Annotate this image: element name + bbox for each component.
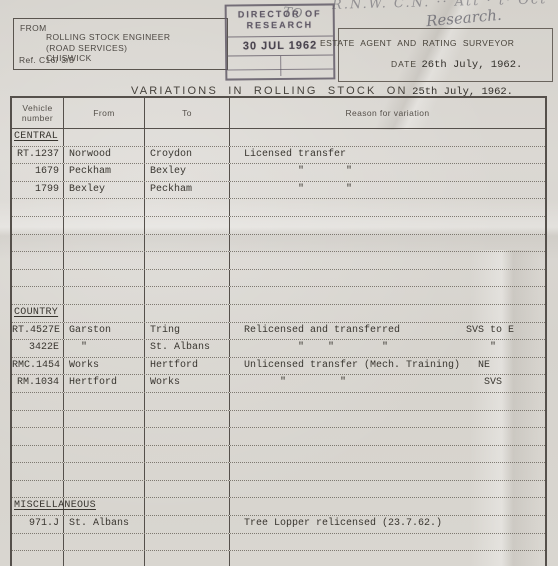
to-cell — [145, 446, 230, 463]
to-cell — [145, 516, 230, 533]
date-line: DATE 26th July, 1962. — [391, 54, 522, 72]
reason-cell — [230, 498, 545, 515]
from-cell — [64, 463, 145, 480]
section-label: CENTRAL — [14, 131, 58, 142]
from-line-2: (ROAD SERVICES) — [46, 43, 170, 54]
from-cell: Peckham — [64, 164, 145, 181]
from-cell — [64, 446, 145, 463]
vehicle-cell: RT.4527E — [12, 323, 64, 340]
to-cell — [145, 393, 230, 410]
table-row: RT.4527EGarstonTringRelicensed and trans… — [12, 323, 545, 341]
table-header-row: Vehicle number From To Reason for variat… — [12, 98, 545, 129]
reason-cell — [230, 287, 545, 304]
to-cell — [145, 498, 230, 515]
reason-cell: Relicensed and transferred SVS to E — [230, 323, 545, 340]
empty-row — [12, 411, 545, 429]
table-row: RMC.1454WorksHertfordUnlicensed transfer… — [12, 358, 545, 376]
from-cell — [64, 428, 145, 445]
from-cell — [64, 498, 145, 515]
section-row: CENTRAL — [12, 129, 545, 147]
section-row: MISCELLANEOUS — [12, 498, 545, 516]
vehicle-cell — [12, 534, 64, 551]
to-cell — [145, 551, 230, 566]
reason-cell — [230, 534, 545, 551]
vehicle-cell: 1799 — [12, 182, 64, 199]
reason-cell — [230, 199, 545, 216]
to-cell — [145, 287, 230, 304]
to-cell — [145, 252, 230, 269]
vehicle-cell: RMC.1454 — [12, 358, 64, 375]
from-cell: Works — [64, 358, 145, 375]
empty-row — [12, 235, 545, 253]
empty-row — [12, 287, 545, 305]
from-line-1: ROLLING STOCK ENGINEER — [46, 32, 170, 43]
stamp-line-1: DIRECTOR OF — [227, 8, 333, 20]
stamp-grid-divider — [280, 56, 281, 76]
from-cell — [64, 252, 145, 269]
vehicle-cell: COUNTRY — [12, 305, 64, 322]
from-cell: " — [64, 340, 145, 357]
section-row: COUNTRY — [12, 305, 545, 323]
vehicle-cell: 971.J — [12, 516, 64, 533]
to-cell: St. Albans — [145, 340, 230, 357]
from-cell — [64, 235, 145, 252]
reason-cell — [230, 551, 545, 566]
vehicle-cell — [12, 199, 64, 216]
to-cell — [145, 270, 230, 287]
empty-row — [12, 481, 545, 499]
to-cell — [145, 199, 230, 216]
addressee-title: ESTATE AGENT AND RATING SURVEYOR — [320, 38, 514, 48]
to-cell — [145, 428, 230, 445]
vehicle-cell: 3422E — [12, 340, 64, 357]
vehicle-cell — [12, 270, 64, 287]
vehicle-cell — [12, 428, 64, 445]
from-cell: Hertford — [64, 375, 145, 392]
reason-cell — [230, 305, 545, 322]
from-cell: St. Albans — [64, 516, 145, 533]
reason-cell — [230, 411, 545, 428]
vehicle-cell — [12, 252, 64, 269]
scanned-memo-page: R.N.W. C.N. ·· Att · t· Oct Research. TO… — [0, 0, 558, 566]
vehicle-cell: 1679 — [12, 164, 64, 181]
column-header-from: From — [64, 98, 145, 128]
reason-cell — [230, 428, 545, 445]
vehicle-cell — [12, 217, 64, 234]
received-stamp: DIRECTOR OF RESEARCH 30 JUL 1962 — [225, 3, 336, 80]
table-row: 1679PeckhamBexley " " — [12, 164, 545, 182]
reason-cell: Licensed transfer — [230, 147, 545, 164]
date-label: DATE — [391, 59, 417, 69]
empty-row — [12, 534, 545, 552]
from-address-box: FROM ROLLING STOCK ENGINEER (ROAD SERVIC… — [13, 18, 228, 70]
from-cell — [64, 481, 145, 498]
column-header-to: To — [145, 98, 230, 128]
to-cell: Croydon — [145, 147, 230, 164]
reason-cell: Tree Lopper relicensed (23.7.62.) — [230, 516, 545, 533]
vehicle-cell: MISCELLANEOUS — [12, 498, 64, 515]
reason-cell — [230, 481, 545, 498]
empty-row — [12, 446, 545, 464]
from-cell: Bexley — [64, 182, 145, 199]
from-cell — [64, 393, 145, 410]
empty-row — [12, 217, 545, 235]
column-header-reason: Reason for variation — [230, 98, 545, 128]
table-row: 971.JSt. AlbansTree Lopper relicensed (2… — [12, 516, 545, 534]
empty-row — [12, 428, 545, 446]
reason-cell — [230, 235, 545, 252]
from-cell — [64, 270, 145, 287]
stamp-office-name: DIRECTOR OF RESEARCH — [227, 5, 333, 37]
to-cell: Works — [145, 375, 230, 392]
table-row: 3422E "St. Albans " " " " — [12, 340, 545, 358]
to-cell: Tring — [145, 323, 230, 340]
from-cell — [64, 411, 145, 428]
reason-cell — [230, 463, 545, 480]
from-cell: Norwood — [64, 147, 145, 164]
from-cell — [64, 534, 145, 551]
reason-cell: " " — [230, 182, 545, 199]
reason-cell: " " " " — [230, 340, 545, 357]
date-value: 26th July, 1962. — [422, 59, 523, 71]
reason-cell: " " SVS — [230, 375, 545, 392]
to-cell — [145, 463, 230, 480]
to-cell: Bexley — [145, 164, 230, 181]
empty-row — [12, 463, 545, 481]
empty-row — [12, 270, 545, 288]
to-cell — [145, 129, 230, 146]
table-row: RM.1034HertfordWorks " " SVS — [12, 375, 545, 393]
empty-row — [12, 551, 545, 566]
to-cell — [145, 217, 230, 234]
reason-cell — [230, 270, 545, 287]
vehicle-cell: RT.1237 — [12, 147, 64, 164]
reason-cell — [230, 217, 545, 234]
vehicle-cell — [12, 551, 64, 566]
from-cell: Garston — [64, 323, 145, 340]
from-cell — [64, 287, 145, 304]
reason-cell — [230, 393, 545, 410]
reason-cell — [230, 252, 545, 269]
reason-cell — [230, 129, 545, 146]
reason-cell: " " — [230, 164, 545, 181]
to-cell — [145, 411, 230, 428]
vehicle-cell: RM.1034 — [12, 375, 64, 392]
vehicle-cell: CENTRAL — [12, 129, 64, 146]
empty-row — [12, 199, 545, 217]
section-label: COUNTRY — [14, 307, 58, 318]
vehicle-cell — [12, 481, 64, 498]
stamp-grid — [227, 55, 333, 76]
to-cell: Hertford — [145, 358, 230, 375]
vehicle-cell — [12, 393, 64, 410]
empty-row — [12, 393, 545, 411]
from-cell — [64, 551, 145, 566]
reason-cell — [230, 446, 545, 463]
reference-number: Ref. C16/ 3/3 — [19, 55, 74, 65]
from-cell — [64, 217, 145, 234]
table-body: CENTRALRT.1237NorwoodCroydonLicensed tra… — [12, 129, 545, 566]
reason-cell: Unlicensed transfer (Mech. Training) NE — [230, 358, 545, 375]
from-cell — [64, 129, 145, 146]
to-cell — [145, 305, 230, 322]
table-row: 1799BexleyPeckham " " — [12, 182, 545, 200]
vehicle-cell — [12, 463, 64, 480]
empty-row — [12, 252, 545, 270]
to-cell — [145, 534, 230, 551]
to-cell — [145, 235, 230, 252]
to-cell — [145, 481, 230, 498]
column-header-vehicle-number: Vehicle number — [12, 98, 64, 128]
from-cell — [64, 305, 145, 322]
variations-table: Vehicle number From To Reason for variat… — [10, 96, 547, 566]
vehicle-cell — [12, 411, 64, 428]
vehicle-cell — [12, 446, 64, 463]
table-row: RT.1237NorwoodCroydonLicensed transfer — [12, 147, 545, 165]
vehicle-cell — [12, 235, 64, 252]
to-cell: Peckham — [145, 182, 230, 199]
stamp-line-2: RESEARCH — [227, 19, 333, 31]
vehicle-cell — [12, 287, 64, 304]
stamp-date: 30 JUL 1962 — [227, 36, 333, 56]
from-label: FROM — [20, 23, 47, 33]
from-cell — [64, 199, 145, 216]
